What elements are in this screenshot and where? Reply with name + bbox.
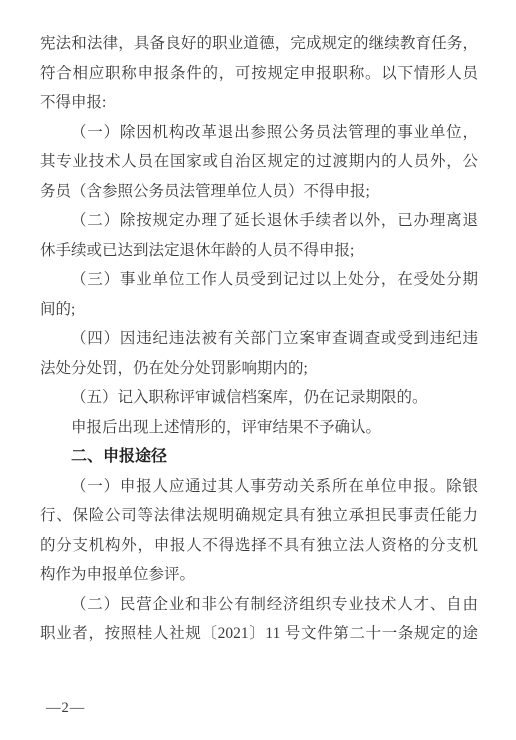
text-line: （一）申报人应通过其人事劳动关系所在单位申报。除银: [40, 472, 478, 502]
text-line: （一）除因机构改革退出参照公务员法管理的事业单位，: [40, 118, 478, 148]
text-line: 申报后出现上述情形的，评审结果不予确认。: [40, 413, 478, 443]
text-line: 不得申报:: [40, 88, 478, 118]
text-line: （二）除按规定办理了延长退休手续者以外，已办理离退: [40, 206, 478, 236]
text-line: （三）事业单位工作人员受到记过以上处分，在受处分期: [40, 265, 478, 295]
text-line: （四）因违纪违法被有关部门立案审查调查或受到违纪违: [40, 324, 478, 354]
document-body: 宪法和法律，具备良好的职业道德，完成规定的继续教育任务， 符合相应职称申报条件的…: [40, 29, 478, 649]
text-line: 宪法和法律，具备良好的职业道德，完成规定的继续教育任务，: [40, 29, 478, 59]
text-line: （五）记入职称评审诚信档案库，仍在记录期限的。: [40, 383, 478, 413]
text-line: 行、保险公司等法律法规明确规定具有独立承担民事责任能力: [40, 501, 478, 531]
text-line: 间的;: [40, 295, 478, 325]
text-line: 休手续或已达到法定退休年龄的人员不得申报;: [40, 236, 478, 266]
text-line: 构作为申报单位参评。: [40, 560, 478, 590]
text-line: 职业者，按照桂人社规〔2021〕11 号文件第二十一条规定的途: [40, 619, 478, 649]
section-heading: 二、申报途径: [40, 442, 478, 472]
text-line: 的分支机构外，申报人不得选择不具有独立法人资格的分支机: [40, 531, 478, 561]
page-number: —2—: [46, 700, 85, 717]
text-line: 务员（含参照公务员法管理单位人员）不得申报;: [40, 177, 478, 207]
text-line: 其专业技术人员在国家或自治区规定的过渡期内的人员外，公: [40, 147, 478, 177]
text-line: （二）民营企业和非公有制经济组织专业技术人才、自由: [40, 590, 478, 620]
text-line: 法处分处罚，仍在处分处罚影响期内的;: [40, 354, 478, 384]
text-line: 符合相应职称申报条件的，可按规定申报职称。以下情形人员: [40, 59, 478, 89]
document-page: 宪法和法律，具备良好的职业道德，完成规定的继续教育任务， 符合相应职称申报条件的…: [0, 0, 516, 740]
